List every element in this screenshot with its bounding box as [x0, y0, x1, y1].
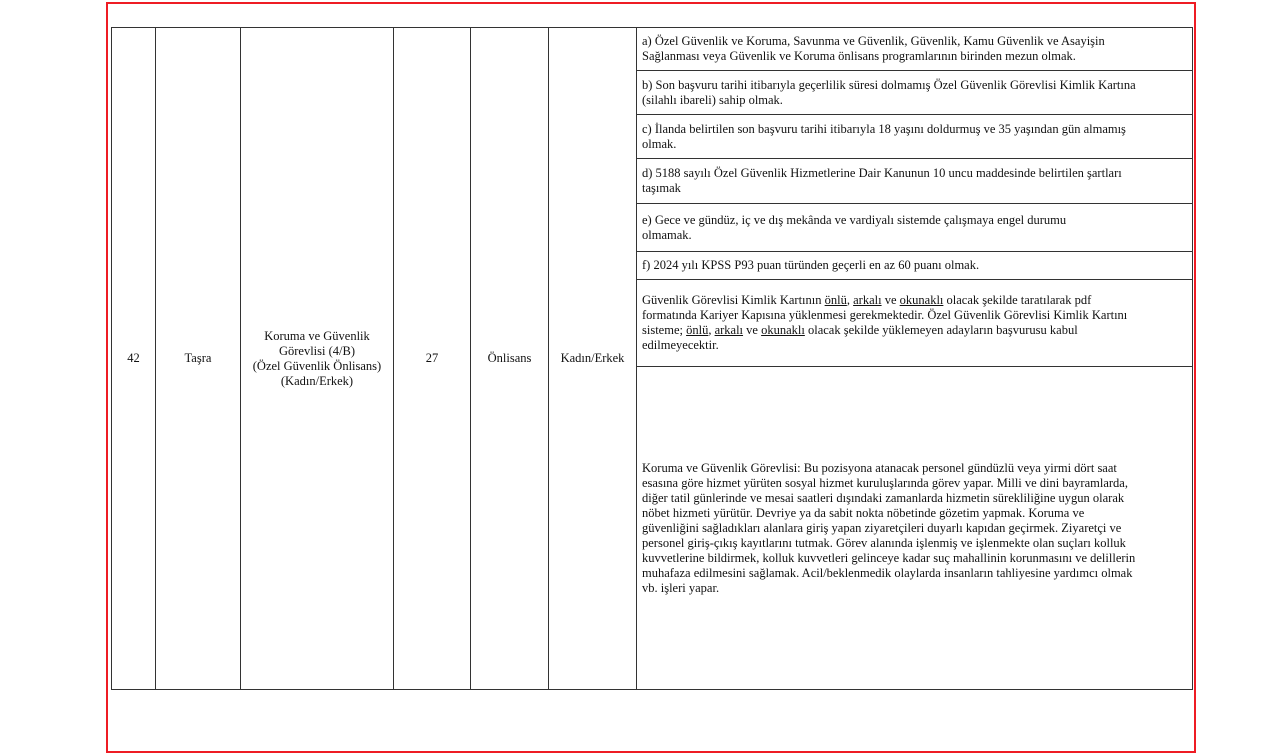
description-line: nöbet hizmeti yürütür. Devriye ya da sab… [642, 506, 1187, 521]
requirement-line: a) Özel Güvenlik ve Koruma, Savunma ve G… [642, 34, 1187, 49]
note-underlined: arkalı [715, 323, 743, 337]
requirement-e: e) Gece ve gündüz, iç ve dış mekânda ve … [637, 204, 1193, 252]
requirement-line: olmak. [642, 137, 1187, 152]
cinsiyet-cell: Kadın/Erkek [549, 28, 637, 690]
table-row: 42 Taşra Koruma ve Güvenlik Görevlisi (4… [112, 28, 1193, 71]
description-line: vb. işleri yapar. [642, 581, 1187, 596]
description-line: kuvvetlerine bildirmek, kolluk kuvvetler… [642, 551, 1187, 566]
note-underlined: okunaklı [761, 323, 805, 337]
job-listing-table: 42 Taşra Koruma ve Güvenlik Görevlisi (4… [111, 27, 1193, 690]
job-description: Koruma ve Güvenlik Görevlisi: Bu pozisyo… [637, 367, 1193, 690]
note-text: ve [882, 293, 900, 307]
note-text: Güvenlik Görevlisi Kimlik Kartının [642, 293, 825, 307]
description-line: esasına göre hizmet yürüten sosyal hizme… [642, 476, 1187, 491]
note-underlined: okunaklı [900, 293, 944, 307]
requirement-line: f) 2024 yılı KPSS P93 puan türünden geçe… [642, 258, 1187, 273]
requirement-line: olmamak. [642, 228, 1187, 243]
requirement-line: c) İlanda belirtilen son başvuru tarihi … [642, 122, 1187, 137]
note-line: sisteme; önlü, arkalı ve okunaklı olacak… [642, 323, 1187, 338]
unvan-line: Koruma ve Güvenlik [241, 329, 393, 344]
unvan-cell: Koruma ve Güvenlik Görevlisi (4/B) (Özel… [241, 28, 394, 690]
requirement-line: (silahlı ibareli) sahip olmak. [642, 93, 1187, 108]
note-line: Güvenlik Görevlisi Kimlik Kartının önlü,… [642, 293, 1187, 308]
requirement-b: b) Son başvuru tarihi itibarıyla geçerli… [637, 71, 1193, 115]
note-line: edilmeyecektir. [642, 338, 1187, 353]
description-line: personel giriş-çıkış kayıtlarını tutmak.… [642, 536, 1187, 551]
teskilat-cell: Taşra [156, 28, 241, 690]
note-text: ve [743, 323, 761, 337]
ogrenim-cell: Önlisans [471, 28, 549, 690]
unvan-line: Görevlisi (4/B) [241, 344, 393, 359]
sira-no-cell: 42 [112, 28, 156, 690]
adet-cell: 27 [394, 28, 471, 690]
requirement-line: Sağlanması veya Güvenlik ve Koruma önlis… [642, 49, 1187, 64]
description-line: diğer tatil günlerinde ve mesai saatleri… [642, 491, 1187, 506]
requirement-line: d) 5188 sayılı Özel Güvenlik Hizmetlerin… [642, 166, 1187, 181]
note-underlined: arkalı [853, 293, 881, 307]
note-text: olacak şekilde taratılarak pdf [943, 293, 1091, 307]
unvan-line: (Kadın/Erkek) [241, 374, 393, 389]
unvan-line: (Özel Güvenlik Önlisans) [241, 359, 393, 374]
note-line: formatında Kariyer Kapısına yüklenmesi g… [642, 308, 1187, 323]
card-upload-note: Güvenlik Görevlisi Kimlik Kartının önlü,… [637, 280, 1193, 367]
note-underlined: önlü [686, 323, 708, 337]
requirement-a: a) Özel Güvenlik ve Koruma, Savunma ve G… [637, 28, 1193, 71]
requirement-line: b) Son başvuru tarihi itibarıyla geçerli… [642, 78, 1187, 93]
requirement-c: c) İlanda belirtilen son başvuru tarihi … [637, 115, 1193, 159]
requirement-f: f) 2024 yılı KPSS P93 puan türünden geçe… [637, 252, 1193, 280]
description-line: muhafaza edilmesini sağlamak. Acil/bekle… [642, 566, 1187, 581]
requirement-d: d) 5188 sayılı Özel Güvenlik Hizmetlerin… [637, 159, 1193, 204]
note-text: sisteme; [642, 323, 686, 337]
requirement-line: taşımak [642, 181, 1187, 196]
note-underlined: önlü [825, 293, 847, 307]
requirement-line: e) Gece ve gündüz, iç ve dış mekânda ve … [642, 213, 1187, 228]
note-text: olacak şekilde yüklemeyen adayların başv… [805, 323, 1078, 337]
description-line: Koruma ve Güvenlik Görevlisi: Bu pozisyo… [642, 461, 1187, 476]
description-line: güvenliğini sağladıkları alanlara giriş … [642, 521, 1187, 536]
